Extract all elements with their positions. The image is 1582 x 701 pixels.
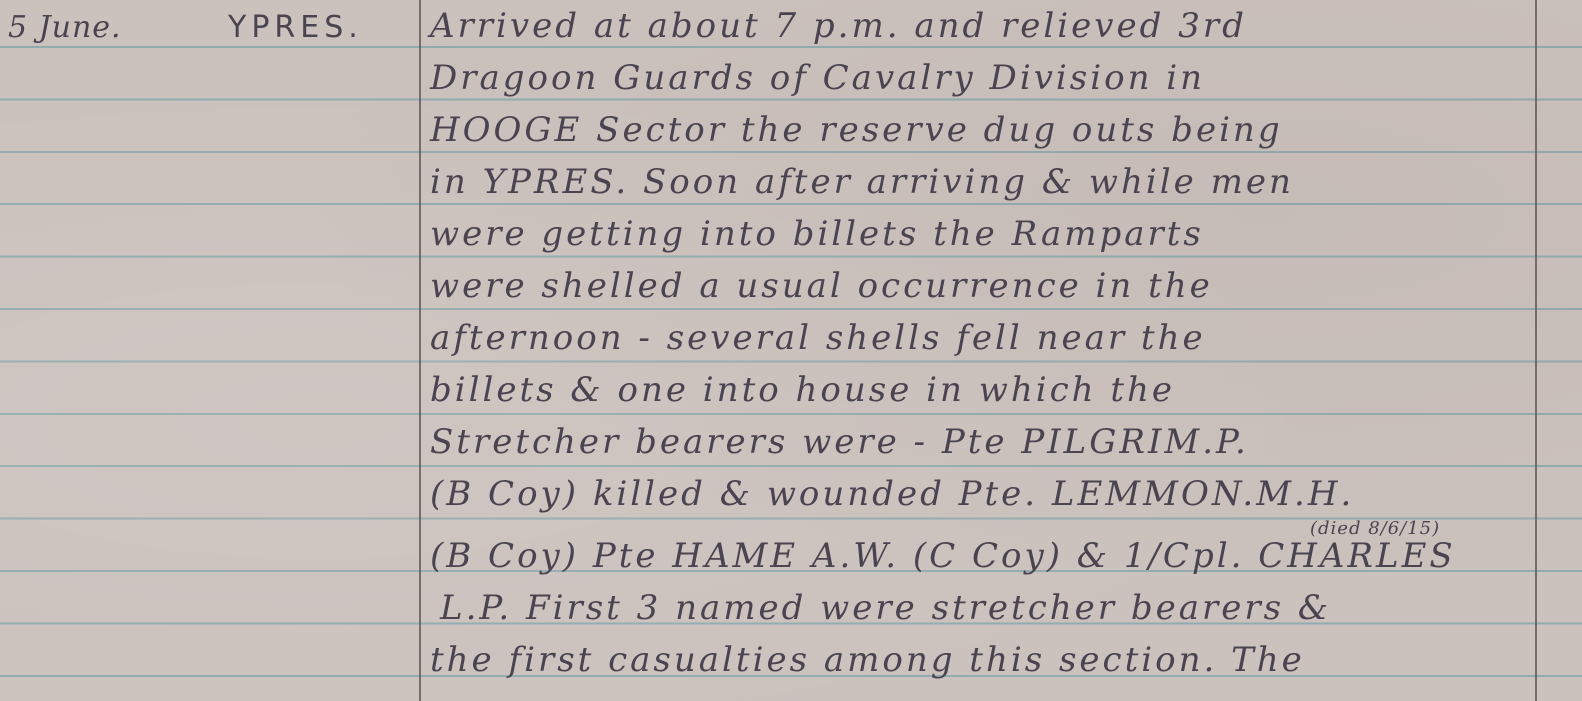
diary-line-9: Stretcher bearers were - Pte PILGRIM.P. (430, 422, 1249, 462)
diary-page: 5 June. YPRES. Arrived at about 7 p.m. a… (0, 0, 1582, 701)
date-entry: 5 June. (8, 10, 122, 45)
place-entry: YPRES. (228, 10, 363, 45)
diary-line-2: Dragoon Guards of Cavalry Division in (430, 58, 1205, 98)
diary-line-7: afternoon - several shells fell near the (430, 318, 1206, 358)
diary-line-6: were shelled a usual occurrence in the (430, 266, 1213, 306)
diary-line-3: HOOGE Sector the reserve dug outs being (430, 110, 1283, 150)
diary-line-10: (B Coy) killed & wounded Pte. LEMMON.M.H… (430, 474, 1354, 514)
diary-line-11: (B Coy) Pte HAME A.W. (C Coy) & 1/Cpl. C… (430, 536, 1456, 576)
diary-line-4: in YPRES. Soon after arriving & while me… (430, 162, 1294, 202)
left-margin-rule (419, 0, 421, 701)
right-margin-rule (1535, 0, 1537, 701)
diary-line-12: L.P. First 3 named were stretcher bearer… (440, 588, 1331, 628)
diary-line-1: Arrived at about 7 p.m. and relieved 3rd (430, 6, 1247, 46)
diary-line-5: were getting into billets the Ramparts (430, 214, 1204, 254)
diary-line-8: billets & one into house in which the (430, 370, 1175, 410)
diary-line-13: the first casualties among this section.… (430, 640, 1305, 680)
